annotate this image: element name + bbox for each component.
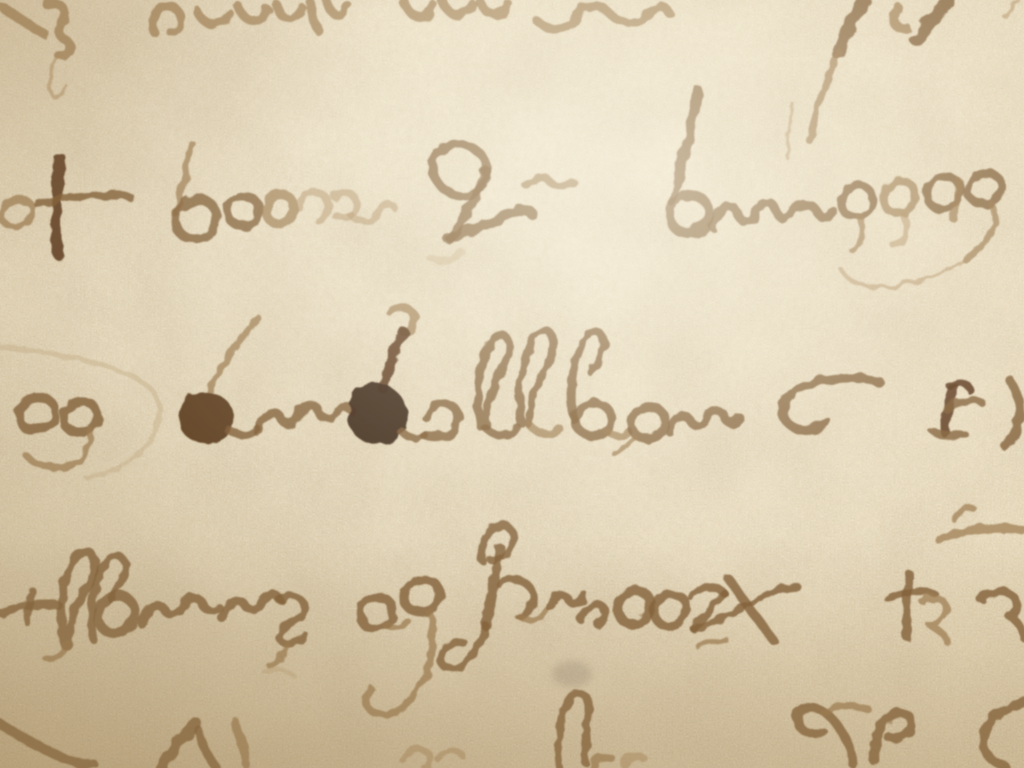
manuscript-photo bbox=[0, 0, 1024, 768]
manuscript-canvas bbox=[0, 0, 1024, 768]
shadow-bottom-overlay bbox=[0, 0, 1024, 768]
